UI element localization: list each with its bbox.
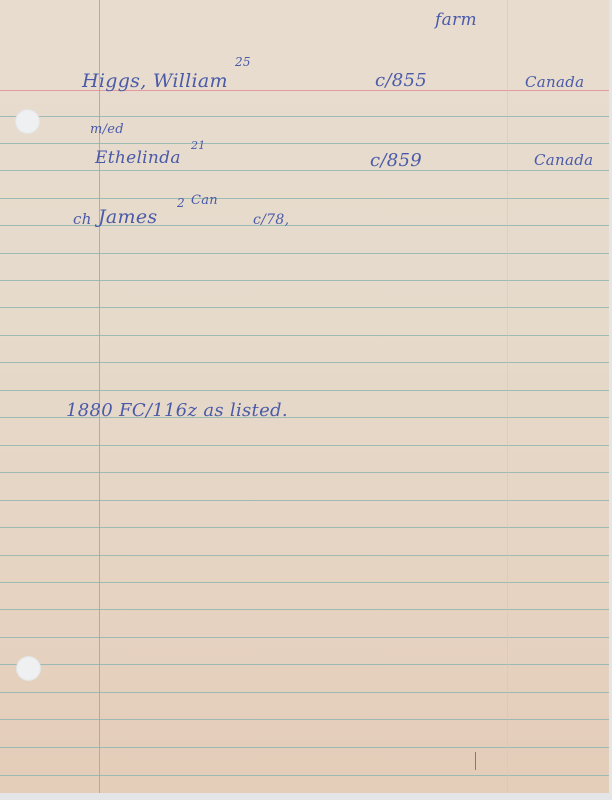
entry-birthplace-william: Canada [525,73,584,91]
entry-birth-year-james: c/78, [253,212,289,228]
rule-line [0,664,609,665]
left-margin-line [99,0,100,793]
binder-hole-top [15,109,40,134]
rule-line [0,472,609,473]
right-margin-line [507,0,508,793]
rule-line [0,335,609,336]
rule-line [0,637,609,638]
entry-name-william: Higgs, William [82,70,228,92]
rule-line [0,692,609,693]
rule-line [0,527,609,528]
binder-hole-bottom [16,656,41,681]
rule-line [0,280,609,281]
rule-line [0,307,609,308]
rule-line [0,775,609,776]
rule-line [0,198,609,199]
census-reference-note: 1880 FC/116z as listed. [66,400,288,421]
entry-age-ethelinda: 21 [191,139,206,152]
entry-age-james: 2 [177,196,185,210]
rule-line [0,445,609,446]
rule-line [0,143,609,144]
rule-line [0,609,609,610]
rule-line [0,116,609,117]
rule-line [0,390,609,391]
rule-line [0,362,609,363]
rule-line [0,582,609,583]
note-farm: farm [435,10,477,30]
entry-birthplace-ethelinda: Canada [534,151,593,169]
entry-name-ethelinda: Ethelinda [95,148,181,168]
entry-age-william: 25 [235,55,251,69]
rule-line [0,747,609,748]
entry-birth-year-ethelinda: c/859 [370,150,422,171]
rule-line [0,500,609,501]
rule-line [0,555,609,556]
entry-name-james: James [98,206,157,228]
lined-paper-sheet: farm Higgs, William 25 c/855 Canada m/ed… [0,0,609,793]
rule-line [0,253,609,254]
stray-mark [475,752,476,770]
entry-birthplace-james: Can [191,193,218,208]
rule-line [0,170,609,171]
entry-birth-year-william: c/855 [375,70,427,91]
rule-line [0,719,609,720]
entry-relation-wife: m/ed [90,122,124,137]
entry-relation-child: ch [73,210,92,228]
